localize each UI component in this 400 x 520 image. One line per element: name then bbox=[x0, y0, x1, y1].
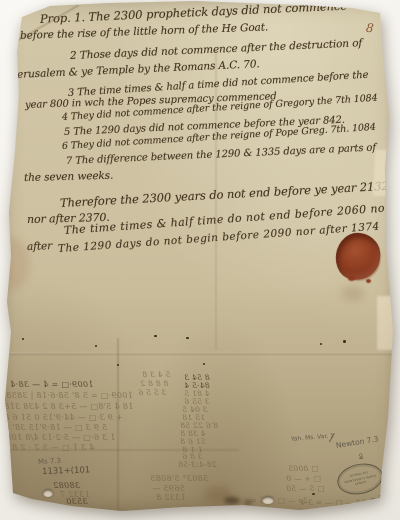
crease-horizontal bbox=[0, 352, 398, 355]
pencil-note-corner: = 34 bbox=[369, 494, 387, 504]
paper-sheet: Prop. 1. The 2300 prophetick days did no… bbox=[0, 0, 398, 516]
ink-smudge bbox=[224, 497, 240, 504]
pencil-note-calculation: 1131+(101 bbox=[42, 465, 91, 477]
paper-stain bbox=[0, 238, 30, 290]
paper-stain bbox=[342, 286, 364, 301]
bleedthrough-row: 1009·□ = 4 — 38·4 bbox=[10, 380, 93, 389]
pencil-note-ms-number: Ms 7.3 bbox=[38, 457, 61, 466]
manuscript-page: Prop. 1. The 2300 prophetick days did no… bbox=[0, 0, 398, 516]
bleedthrough-row: 8 8 8 2 bbox=[140, 379, 168, 388]
bleedthrough-row: □ + — 0 bbox=[286, 474, 321, 483]
catalog-note-sub: g bbox=[359, 452, 364, 459]
bleedthrough-row: 28·4:3·58 bbox=[178, 460, 217, 469]
photo-background: Prop. 1. The 2300 prophetick days did no… bbox=[0, 0, 400, 520]
torn-edge-patch bbox=[377, 296, 395, 350]
bleedthrough-row: 23 — □ — = 3 4 bbox=[300, 498, 366, 507]
bleedthrough-row: 38082 bbox=[53, 481, 80, 490]
bleedthrough-row: 5695 — bbox=[152, 484, 185, 493]
ink-speck bbox=[312, 493, 315, 495]
stamp-text-line: ירושלים bbox=[355, 480, 367, 487]
ink-smudge bbox=[244, 500, 252, 505]
bleedthrough-row: 5 9 3 □ — 18·9'15 38' 8 bbox=[4, 423, 107, 432]
bleedthrough-row: 18 4 5'8□ — 5+3 8 2 438 318 bbox=[4, 402, 133, 411]
wax-seal-fragment bbox=[348, 276, 355, 281]
bleedthrough-row: 3530 bbox=[66, 497, 88, 506]
punch-hole bbox=[43, 489, 53, 497]
bleedthrough-row: 3 5 5 6 bbox=[138, 388, 166, 397]
library-oval-stamp: בית הספרים הלאומי והאוניברסיטאי ירושלים bbox=[334, 460, 385, 499]
ink-speck bbox=[154, 335, 157, 337]
ink-speck bbox=[117, 364, 119, 366]
bleedthrough-row: 1332 8 bbox=[156, 493, 186, 502]
bleedthrough-row: 5803° 5'6085 bbox=[150, 474, 208, 483]
ink-speck bbox=[22, 338, 24, 340]
ink-speck bbox=[203, 363, 205, 365]
ink-speck bbox=[320, 343, 322, 345]
bleedthrough-row: □ 5 — 50 bbox=[286, 484, 324, 493]
bleedthrough-row: 1009·□ = 5 8' 58·6·18 | 3858 bbox=[6, 391, 133, 400]
bleedthrough-row: 1 3 6·□ — 5·2·13 4/8 108 bbox=[6, 433, 115, 442]
bleedthrough-row: 5 4 3 8 bbox=[142, 370, 170, 379]
catalog-note-shelfmark: Newton 7.3 bbox=[335, 434, 379, 450]
manuscript-line: Prop. 1. The 2300 prophetick days did no… bbox=[40, 0, 348, 26]
manuscript-line: after bbox=[27, 240, 53, 253]
bleedthrough-row: 4 3 1 □ — 5 2 · 2 8 bbox=[12, 443, 94, 452]
wax-seal bbox=[333, 230, 384, 283]
ink-speck bbox=[95, 345, 97, 347]
ink-speck bbox=[343, 340, 346, 343]
ink-speck bbox=[186, 337, 189, 339]
bleedthrough-row: □ 8005 bbox=[288, 464, 318, 473]
bleedthrough-row: + 9 3·□ — 44·9'15 0 51 6 8 bbox=[4, 413, 123, 422]
punch-hole bbox=[262, 496, 274, 504]
torn-edge-patch bbox=[373, 150, 393, 197]
wax-seal-fragment bbox=[366, 279, 371, 283]
folio-number: 8 bbox=[365, 21, 374, 36]
manuscript-line: the seven weeks. bbox=[24, 170, 114, 184]
crease-vertical bbox=[215, 50, 217, 350]
catalog-note-collection: Yah. Ms. Var. 1 bbox=[291, 432, 335, 443]
